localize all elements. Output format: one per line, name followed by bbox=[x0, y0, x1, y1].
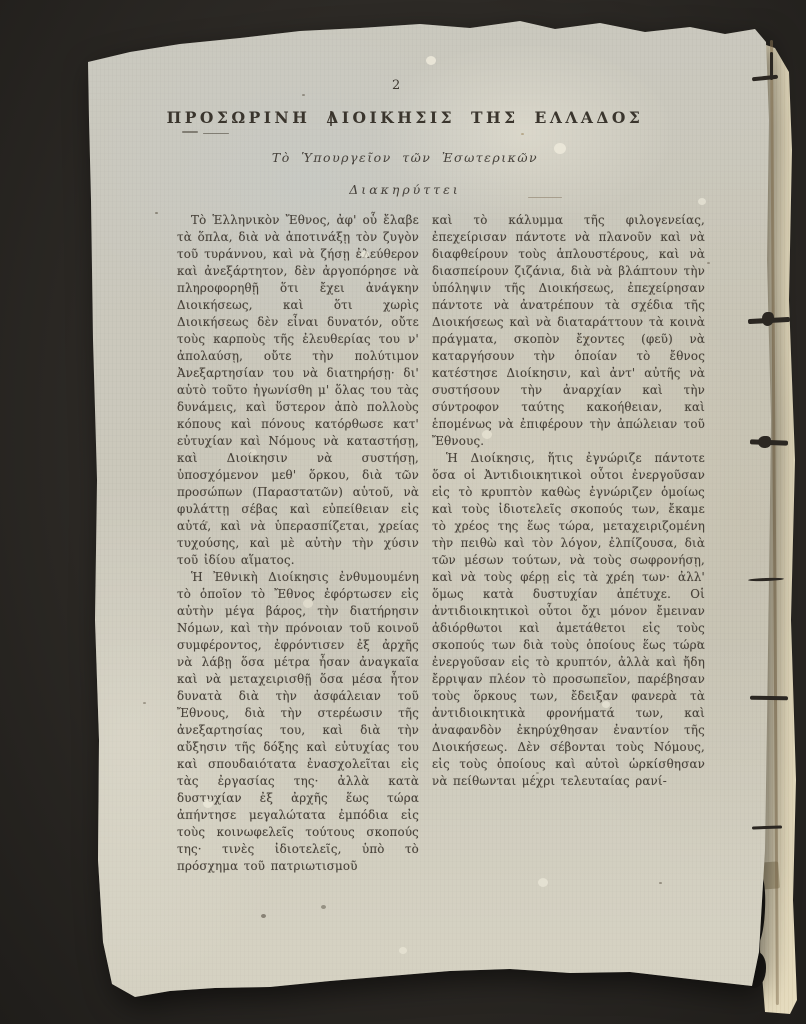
stitch-thread-1-tail bbox=[770, 52, 773, 80]
proclamation-line: Διακηρύττει bbox=[140, 182, 670, 197]
paragraph: καὶ τὸ κάλυμμα τῆς φιλογενείας, ἐπεχείρι… bbox=[432, 212, 705, 450]
paper-spots bbox=[0, 0, 6, 5]
paragraph: Τὸ Ἑλληνικὸν Ἔθνος, ἀφ' οὗ ἔλαβε τὰ ὅπλα… bbox=[177, 212, 419, 569]
paragraph: Ἡ Ἐθνικὴ Διοίκησις ἐνθυμουμένη τὸ ὁποῖον… bbox=[177, 569, 419, 875]
title-dash-mark bbox=[203, 133, 229, 134]
ink-mark bbox=[330, 111, 332, 126]
photo-background: 2 ΠΡΟΣΩΡΙΝΗ ΔΙΟΙΚΗΣΙΣ ΤΗΣ ΕΛΛΑΔΟΣ Τὸ Ὑπο… bbox=[0, 0, 806, 1024]
paragraph: Ἡ Διοίκησις, ἥτις ἐγνώριζε πάντοτε ὅσα ο… bbox=[432, 450, 705, 790]
text-column-left: Τὸ Ἑλληνικὸν Ἔθνος, ἀφ' οὗ ἔλαβε τὰ ὅπλα… bbox=[177, 212, 419, 875]
ministry-line: Τὸ Ὑπουργεῖον τῶν Ἐσωτερικῶν bbox=[140, 150, 670, 165]
title-dash-mark bbox=[182, 131, 198, 133]
document-title: ΠΡΟΣΩΡΙΝΗ ΔΙΟΙΚΗΣΙΣ ΤΗΣ ΕΛΛΑΔΟΣ bbox=[140, 108, 670, 127]
stitch-thread-5 bbox=[750, 696, 788, 701]
page-number: 2 bbox=[392, 78, 400, 93]
title-dash-mark bbox=[528, 197, 562, 198]
stitch-thread-3-knot bbox=[758, 436, 771, 448]
text-column-right: καὶ τὸ κάλυμμα τῆς φιλογενείας, ἐπεχείρι… bbox=[432, 212, 705, 875]
printed-content: 2 ΠΡΟΣΩΡΙΝΗ ΔΙΟΙΚΗΣΙΣ ΤΗΣ ΕΛΛΑΔΟΣ Τὸ Ὑπο… bbox=[0, 0, 806, 1024]
text-columns: Τὸ Ἑλληνικὸν Ἔθνος, ἀφ' οὗ ἔλαβε τὰ ὅπλα… bbox=[177, 212, 705, 875]
paper-speckles bbox=[0, 0, 3, 2]
document-page-shadow: 2 ΠΡΟΣΩΡΙΝΗ ΔΙΟΙΚΗΣΙΣ ΤΗΣ ΕΛΛΑΔΟΣ Τὸ Ὑπο… bbox=[0, 0, 806, 1024]
document-page: 2 ΠΡΟΣΩΡΙΝΗ ΔΙΟΙΚΗΣΙΣ ΤΗΣ ΕΛΛΑΔΟΣ Τὸ Ὑπο… bbox=[0, 0, 806, 1024]
